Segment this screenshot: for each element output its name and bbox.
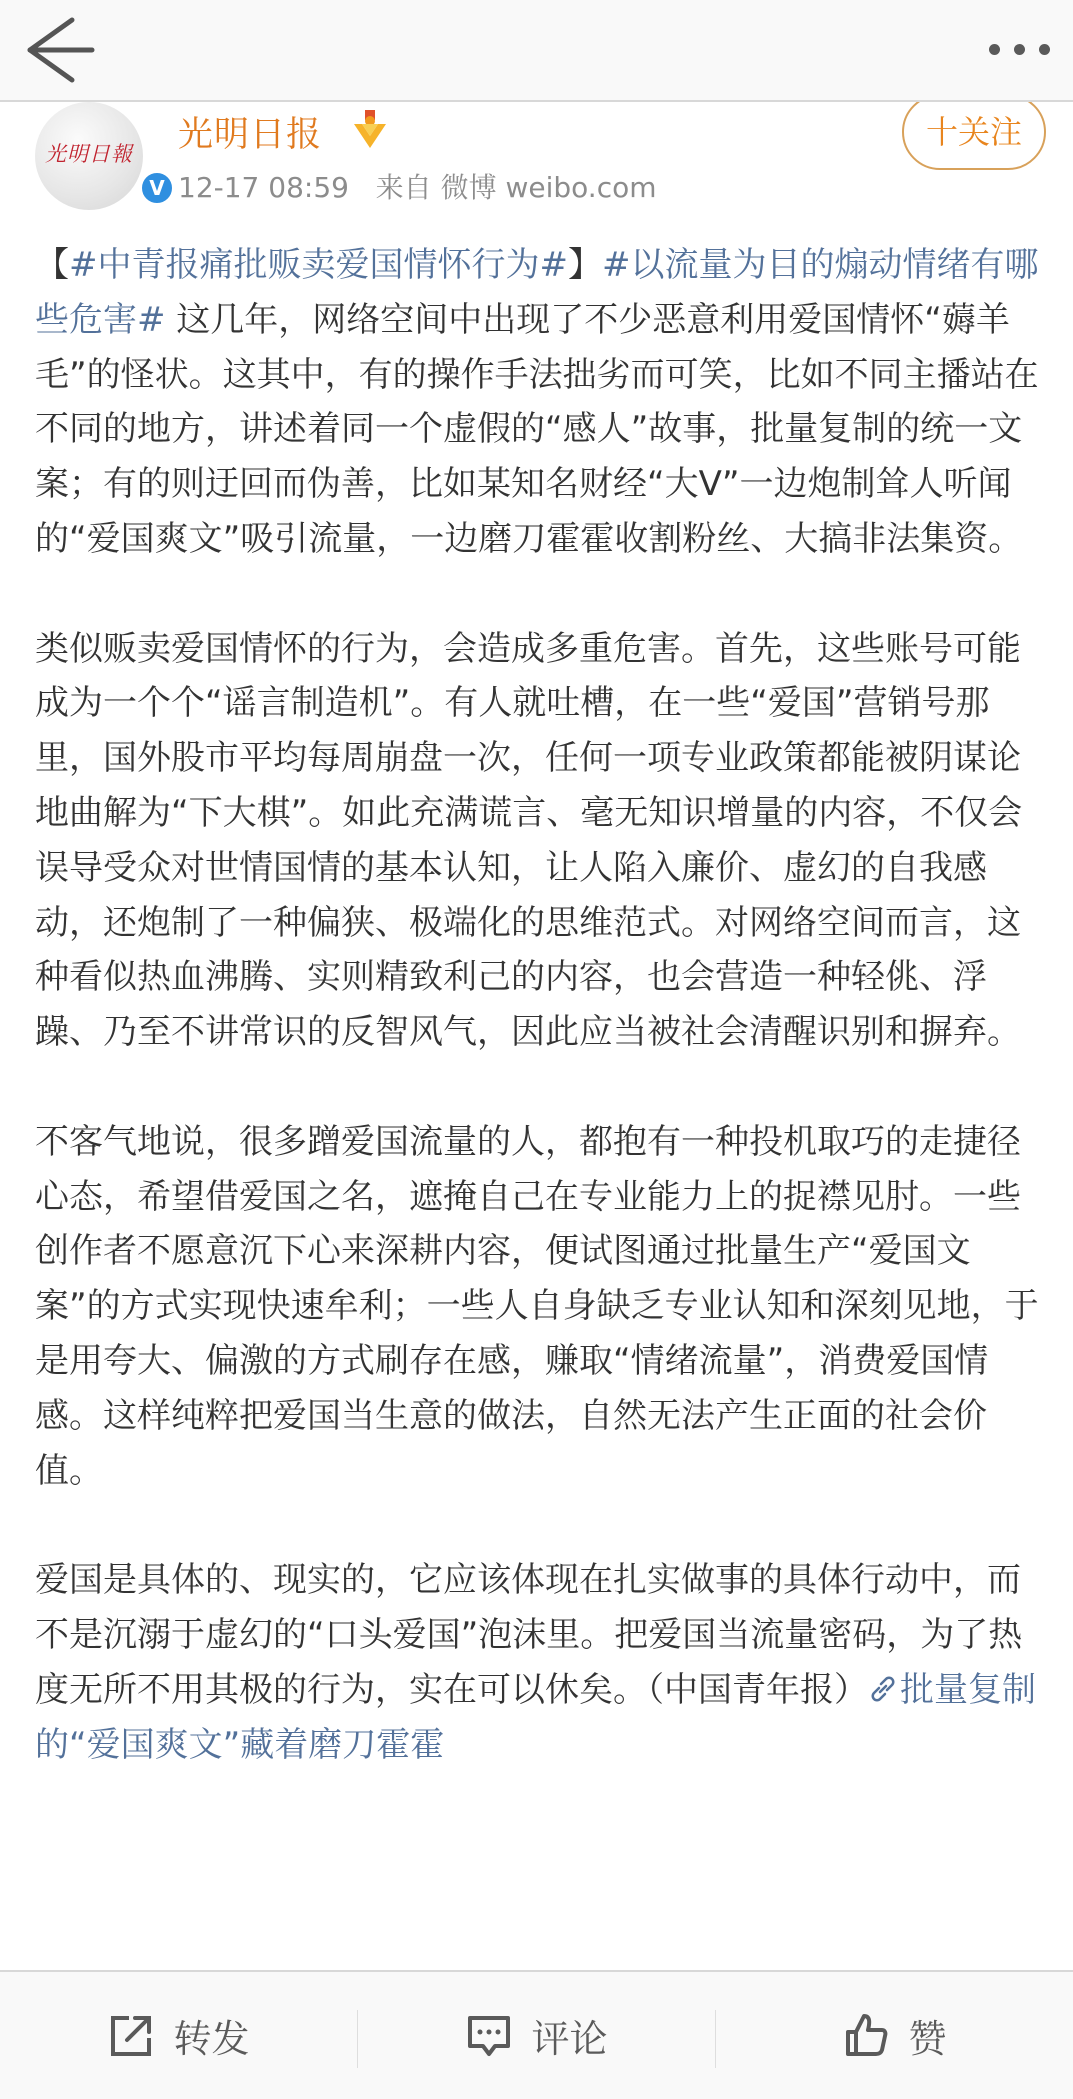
paragraph-4: 爱国是具体的、现实的，它应该体现在扎实做事的具体行动中，而不是沉溺于虚幻的“口头… [35,1553,1045,1772]
top-bar [0,0,1073,102]
comment-label: 评论 [531,2008,607,2063]
post-timestamp: 12-17 08:59 [178,171,349,204]
more-horizontal-icon [989,44,1000,55]
bracket-open: 【 [35,245,69,285]
author-header: 光明日報 V 光明日报 12-17 08:59 来自 微博 weibo.com … [0,102,1073,212]
more-options-button[interactable] [985,30,1055,70]
bracket-close: 】 [568,245,602,285]
paragraph-text: 这几年，网络空间中出现了不少恶意利用爱国情怀“薅羊毛”的怪状。这其中，有的操作手… [35,300,1039,559]
comment-icon [465,2012,513,2060]
verified-badge-icon: V [139,170,175,206]
gold-medal-icon [350,110,390,150]
comment-button[interactable]: 评论 [358,1972,715,2099]
paragraph-2: 类似贩卖爱国情怀的行为，会造成多重危害。首先，这些账号可能成为一个个“谣言制造机… [35,622,1045,1060]
bottom-action-bar: 转发 评论 赞 [0,1970,1073,2099]
link-icon [868,1674,898,1704]
hashtag-link[interactable]: #中青报痛批贩卖爱国情怀行为# [69,245,568,285]
more-horizontal-icon [1039,44,1050,55]
repost-button[interactable]: 转发 [0,1972,357,2099]
follow-button[interactable]: 十关注 [902,94,1046,170]
source-prefix: 来自 [376,171,432,204]
like-label: 赞 [908,2008,946,2063]
repost-label: 转发 [173,2008,249,2063]
post-source: 微博 weibo.com [441,171,657,204]
back-button[interactable] [22,12,102,88]
repost-icon [107,2012,155,2060]
avatar[interactable]: 光明日報 V [35,102,143,210]
author-name[interactable]: 光明日报 [178,107,322,157]
more-horizontal-icon [1014,44,1025,55]
paragraph-3: 不客气地说，很多蹭爱国流量的人，都抱有一种投机取巧的走捷径心态，希望借爱国之名，… [35,1115,1045,1499]
avatar-logo: 光明日報 [35,138,143,168]
post-meta: 12-17 08:59 来自 微博 weibo.com [178,166,657,206]
post-content: 【#中青报痛批贩卖爱国情怀行为#】#以流量为目的煽动情绪有哪些危害# 这几年，网… [35,238,1045,1772]
like-button[interactable]: 赞 [716,1972,1073,2099]
paragraph-1: 【#中青报痛批贩卖爱国情怀行为#】#以流量为目的煽动情绪有哪些危害# 这几年，网… [35,238,1045,567]
thumbs-up-icon [842,2012,890,2060]
arrow-left-icon [22,12,102,88]
